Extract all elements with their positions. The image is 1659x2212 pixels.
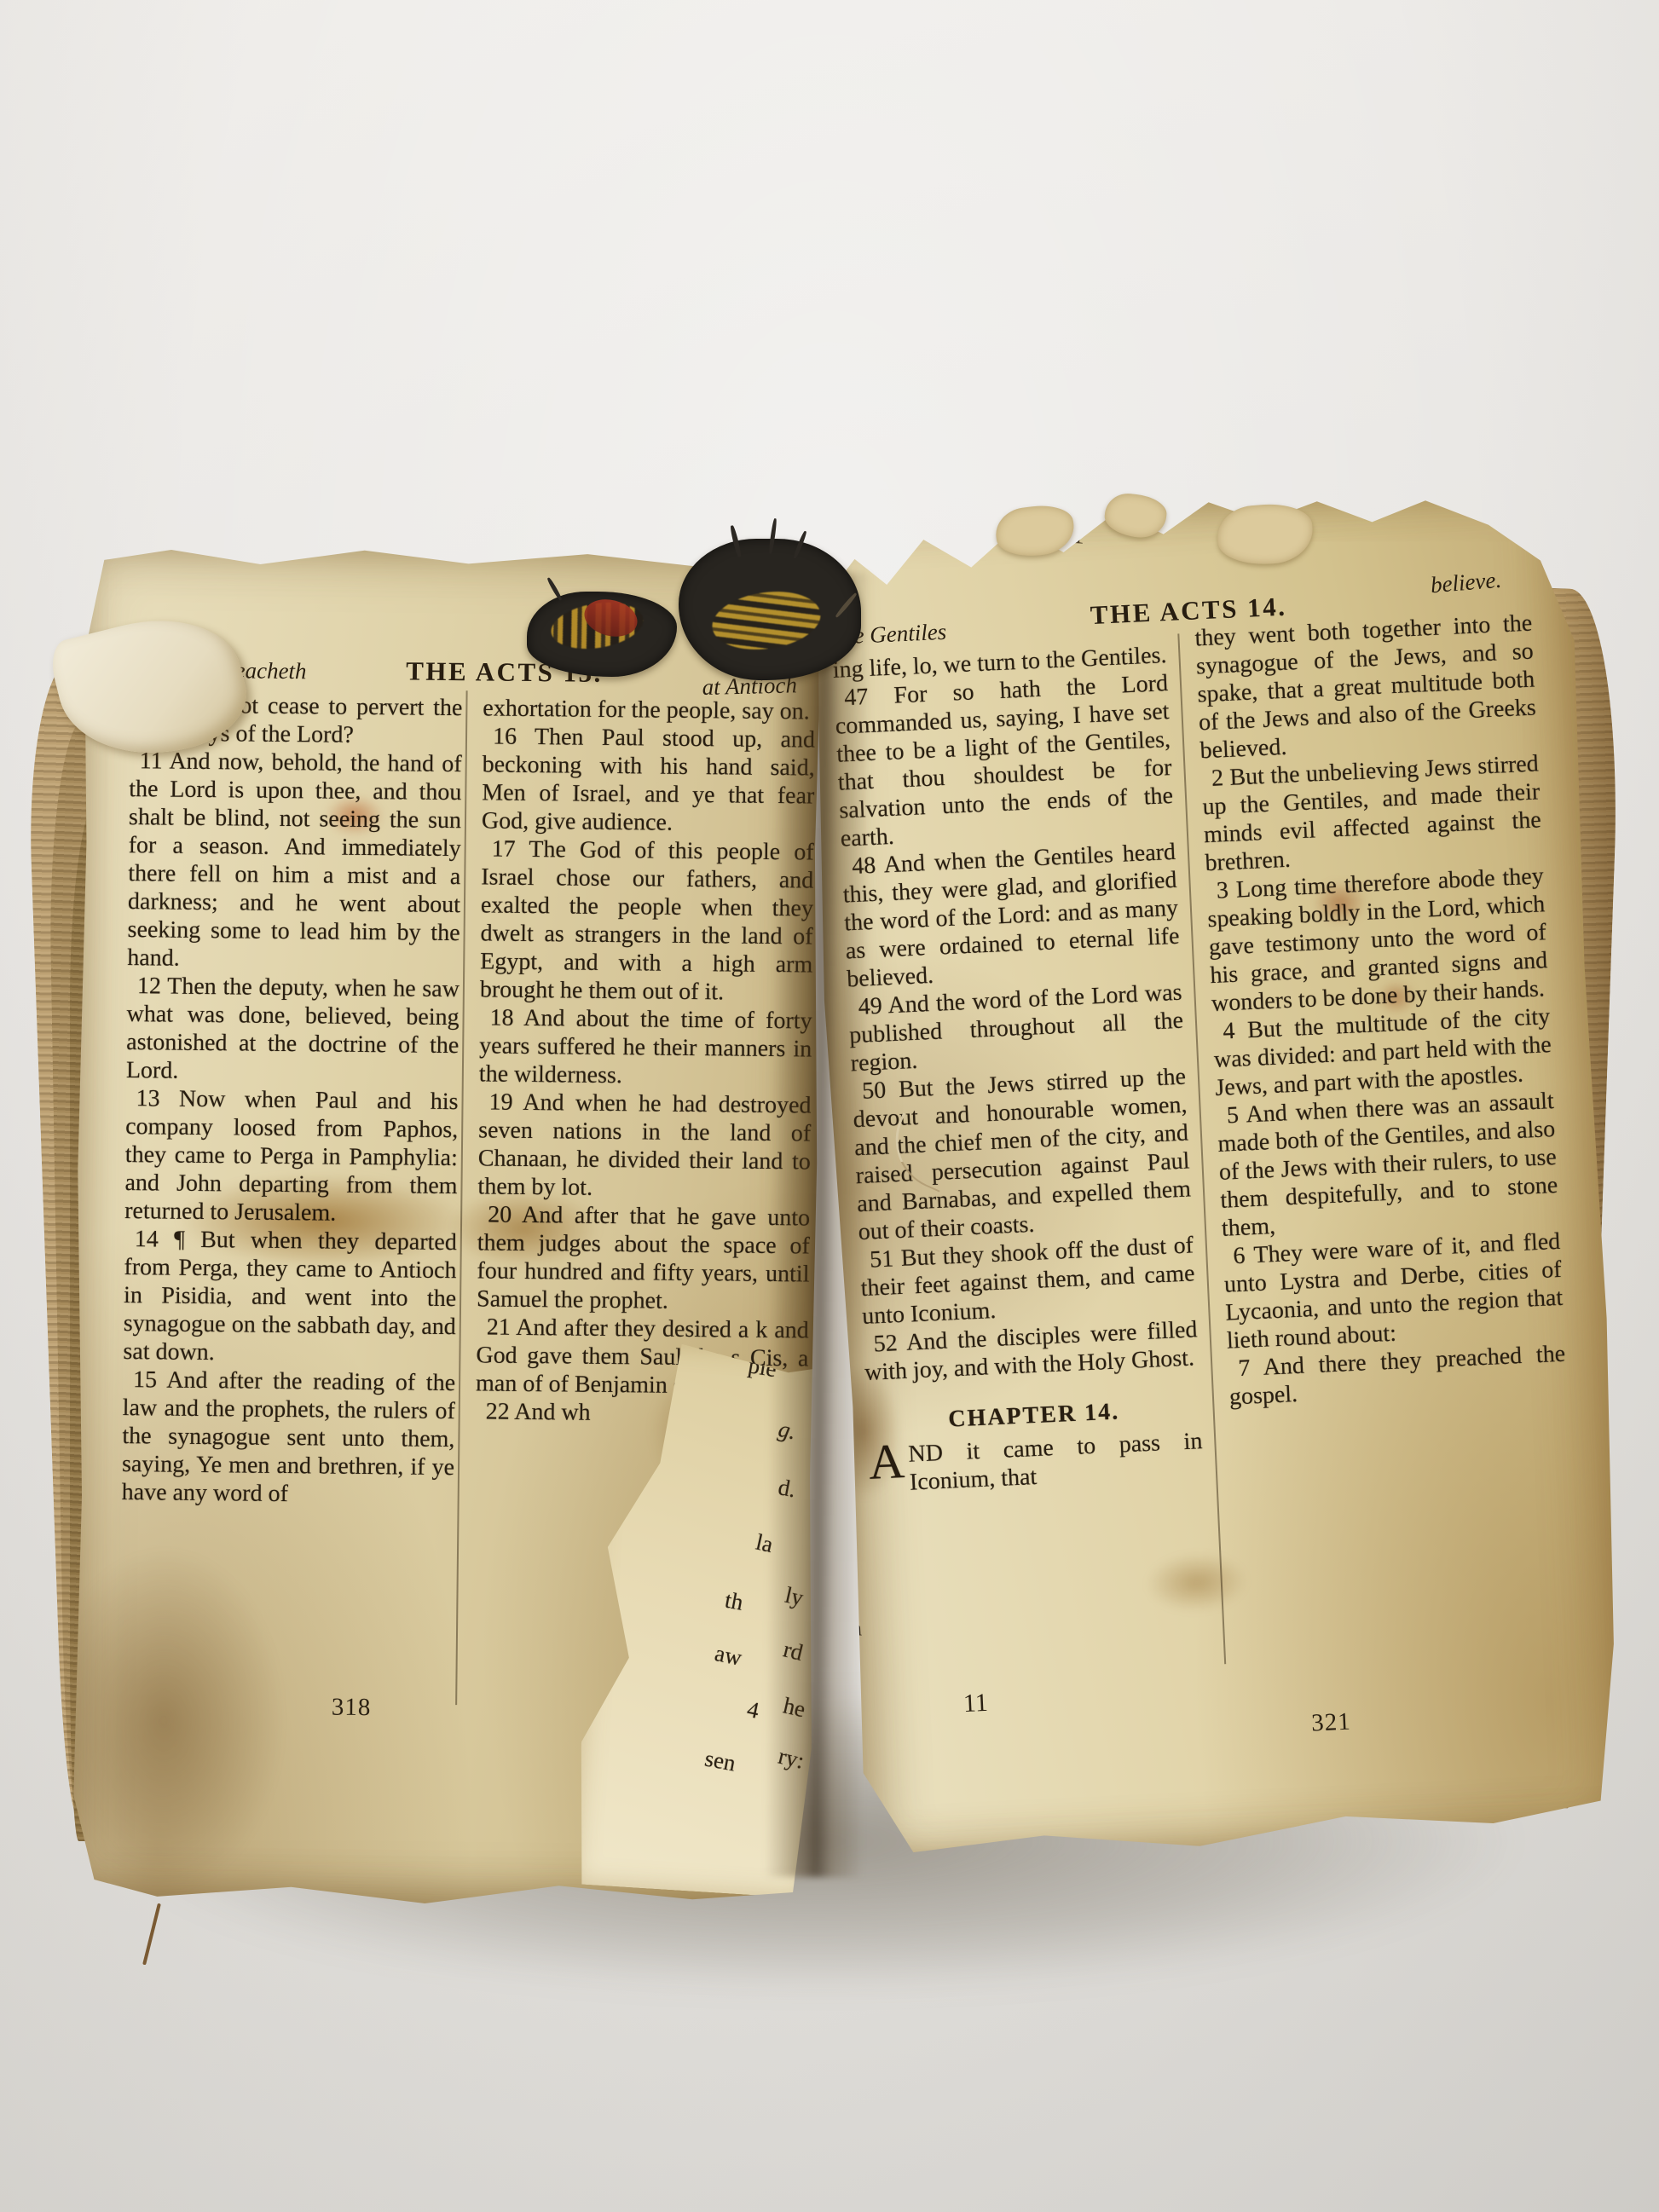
verse-text: 11 And now, behold, the hand of the Lord… bbox=[127, 747, 462, 975]
verse-text: 18 And about the time of forty years suf… bbox=[479, 1003, 812, 1091]
torn-text-fragment: aw bbox=[713, 1640, 744, 1672]
running-head-right: believe. bbox=[1430, 567, 1502, 599]
verse-text: 20 And after that he gave unto them judg… bbox=[477, 1200, 810, 1316]
left-page-column-1: wilt thou not cease to pervert the right… bbox=[122, 690, 463, 1510]
verse-text: 13 Now when Paul and his company loosed … bbox=[124, 1084, 459, 1228]
stain bbox=[68, 1549, 285, 1892]
verse-text: 15 And after the reading of the law and … bbox=[122, 1366, 456, 1510]
right-page-column-1: ing life, lo, we turn to the Gentiles. 4… bbox=[832, 641, 1204, 1499]
verse-text: 2 But the unbelieving Jews stirred up th… bbox=[1200, 749, 1543, 877]
verse-text: 17 The God of this people of Israel chos… bbox=[480, 835, 814, 1007]
verse-text: exhortation for the people, say on. bbox=[483, 694, 815, 725]
torn-text-fragment: 4 bbox=[745, 1696, 761, 1724]
frayed-bookmark-fabric bbox=[527, 539, 861, 685]
bookmark-tuft bbox=[679, 539, 861, 680]
verse-text: 3 Long time therefore abode they speakin… bbox=[1205, 862, 1549, 1018]
torn-text-fragment: th bbox=[723, 1587, 745, 1616]
verse-text: they went both together into the synagog… bbox=[1194, 609, 1538, 765]
verse-text: 47 For so hath the Lord commanded us, sa… bbox=[834, 669, 1176, 853]
verse-text: 49 And the word of the Lord was publishe… bbox=[847, 979, 1185, 1078]
page-number-321: 321 bbox=[1254, 1706, 1408, 1741]
verse-text: 14 ¶ But when they departed from Perga, … bbox=[123, 1225, 457, 1369]
stain bbox=[1144, 1551, 1249, 1614]
chapter-intro-text: AND it came to pass in Iconium, that bbox=[868, 1427, 1205, 1499]
verse-text: 12 Then the deputy, when he saw what was… bbox=[126, 972, 460, 1088]
verse-text: 16 Then Paul stood up, and beckoning wit… bbox=[482, 722, 815, 838]
photo-of-antique-bible: { "book": { "left_page": { "header": { "… bbox=[0, 0, 1659, 2212]
verse-text: 4 But the multitude of the city was divi… bbox=[1212, 1002, 1553, 1102]
left-page-column-2: exhortation for the people, say on. 16 T… bbox=[476, 694, 816, 1429]
verse-text: 48 And when the Gentiles heard this, the… bbox=[841, 838, 1182, 994]
verse-text: 51 But they shook off the dust of their … bbox=[859, 1231, 1197, 1331]
bookmark-tuft bbox=[527, 592, 677, 677]
verse-text: 5 And when there was an assault made bot… bbox=[1216, 1087, 1559, 1243]
page-number-318: 318 bbox=[275, 1693, 428, 1723]
verse-text: 19 And when he had destroyed seven natio… bbox=[477, 1088, 811, 1204]
plaid-weave bbox=[708, 585, 824, 656]
verse-text: 6 They were ware of it, and fled unto Ly… bbox=[1223, 1227, 1565, 1355]
signature-mark-11: 11 bbox=[962, 1689, 988, 1718]
book-gutter-shadow bbox=[765, 573, 873, 1878]
right-page-column-2: they went both together into the synagog… bbox=[1194, 609, 1568, 1412]
torn-text-fragment: sen bbox=[702, 1745, 737, 1776]
